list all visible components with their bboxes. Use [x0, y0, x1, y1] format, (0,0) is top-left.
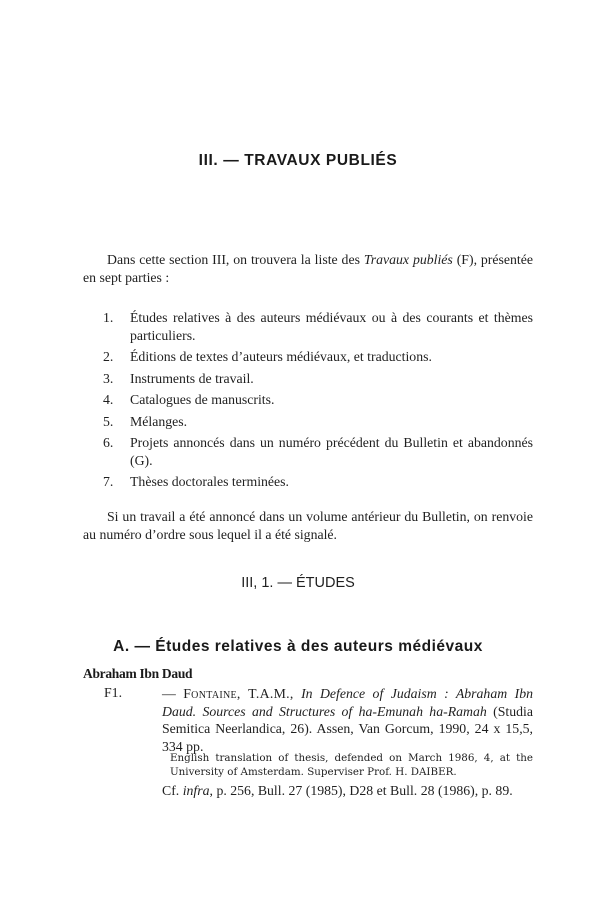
parts-list: 1.Études relatives à des auteurs médiéva…	[103, 309, 533, 495]
list-item-text: Projets annoncés dans un numéro précéden…	[130, 434, 533, 469]
list-item-number: 5.	[103, 413, 130, 431]
bibliography-entry: — Fontaine, T.A.M., In Defence of Judais…	[162, 685, 533, 755]
list-item: 7.Thèses doctorales terminées.	[103, 473, 533, 491]
list-item-text: Études relatives à des auteurs médiévaux…	[130, 309, 533, 344]
entry-number: F1.	[104, 685, 122, 701]
intro-paragraph: Dans cette section III, on trouvera la l…	[83, 251, 533, 286]
entry-dash: —	[162, 686, 183, 701]
entry-author: Fontaine, T.A.M.,	[183, 686, 293, 701]
list-item: 1.Études relatives à des auteurs médiéva…	[103, 309, 533, 344]
list-item-number: 2.	[103, 348, 130, 366]
list-item: 4.Catalogues de manuscrits.	[103, 391, 533, 409]
list-item-text: Éditions de textes d’auteurs médiévaux, …	[130, 348, 533, 366]
subsection-title: III, 1. — ÉTUDES	[0, 575, 596, 591]
entry-cross-reference: Cf. infra, p. 256, Bull. 27 (1985), D28 …	[162, 782, 542, 800]
list-item-number: 7.	[103, 473, 130, 491]
part-title: A. — Études relatives à des auteurs médi…	[0, 638, 596, 656]
note-paragraph-text: Si un travail a été annoncé dans un volu…	[83, 509, 533, 542]
section-title: III. — TRAVAUX PUBLIÉS	[0, 152, 596, 170]
list-item: 6.Projets annoncés dans un numéro précéd…	[103, 434, 533, 469]
entry-note: English translation of thesis, defended …	[170, 752, 533, 779]
xref-italic: infra	[183, 783, 210, 798]
author-heading: Abraham Ibn Daud	[83, 666, 192, 682]
list-item-text: Mélanges.	[130, 413, 533, 431]
list-item-text: Catalogues de manuscrits.	[130, 391, 533, 409]
list-item-text: Thèses doctorales terminées.	[130, 473, 533, 491]
list-item-number: 3.	[103, 370, 130, 388]
note-paragraph: Si un travail a été annoncé dans un volu…	[83, 508, 533, 543]
xref-rest: , p. 256, Bull. 27 (1985), D28 et Bull. …	[210, 783, 513, 798]
list-item: 2.Éditions de textes d’auteurs médiévaux…	[103, 348, 533, 366]
list-item: 5.Mélanges.	[103, 413, 533, 431]
list-item-number: 1.	[103, 309, 130, 344]
intro-text-italic: Travaux publiés	[364, 252, 453, 267]
list-item-number: 6.	[103, 434, 130, 469]
xref-prefix: Cf.	[162, 783, 183, 798]
list-item-text: Instruments de travail.	[130, 370, 533, 388]
list-item-number: 4.	[103, 391, 130, 409]
list-item: 3.Instruments de travail.	[103, 370, 533, 388]
intro-text-start: Dans cette section III, on trouvera la l…	[107, 252, 364, 267]
